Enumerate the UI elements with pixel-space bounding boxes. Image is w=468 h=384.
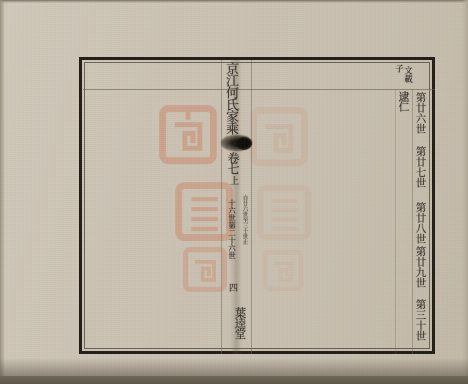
scanned-genealogy-page: { "document": { "book_title": "京江何氏家乘", … [0, 0, 468, 384]
ink-smudge-core [236, 137, 252, 150]
spine-annotation-small: 十六世第二十六世 [228, 199, 236, 259]
generation-label-27: 第廿七世 [415, 146, 426, 188]
person-name: 逮仁 [398, 91, 409, 111]
generation-label-26: 第廿六世 [415, 92, 426, 134]
volume-sub: 上 [228, 176, 237, 184]
hall-name: 葉逵堂 [234, 307, 246, 339]
generation-column-rule [412, 89, 413, 354]
generation-label-29: 第廿九世 [415, 246, 426, 288]
volume-label: 卷七上 [227, 152, 239, 184]
page-border-frame [79, 57, 435, 354]
spine-annotation-tiny: 自廿六世至三十世止 [241, 195, 247, 245]
volume-main: 卷七 [226, 152, 240, 174]
photo-edge-bottom [0, 376, 468, 384]
generation-label-30: 第三十世 [415, 299, 426, 341]
photo-edge-left [0, 0, 5, 384]
son-marker-note: 子 [394, 64, 403, 72]
photo-edge-top [0, 0, 468, 3]
photo-edge-right [462, 0, 468, 384]
name-column-rule [395, 89, 396, 354]
top-margin-rule [83, 89, 435, 90]
generation-label-28: 第廿八世 [415, 202, 426, 244]
father-name-note: 文載 [403, 66, 412, 83]
page-number: 四 [227, 283, 236, 291]
page-border-inner-line [84, 62, 430, 349]
spine-column-right-rule [251, 60, 252, 354]
book-title: 京江何氏家乘 [224, 62, 237, 134]
page-bottom-shadow [0, 358, 468, 378]
spine-column-left-rule [221, 60, 222, 354]
